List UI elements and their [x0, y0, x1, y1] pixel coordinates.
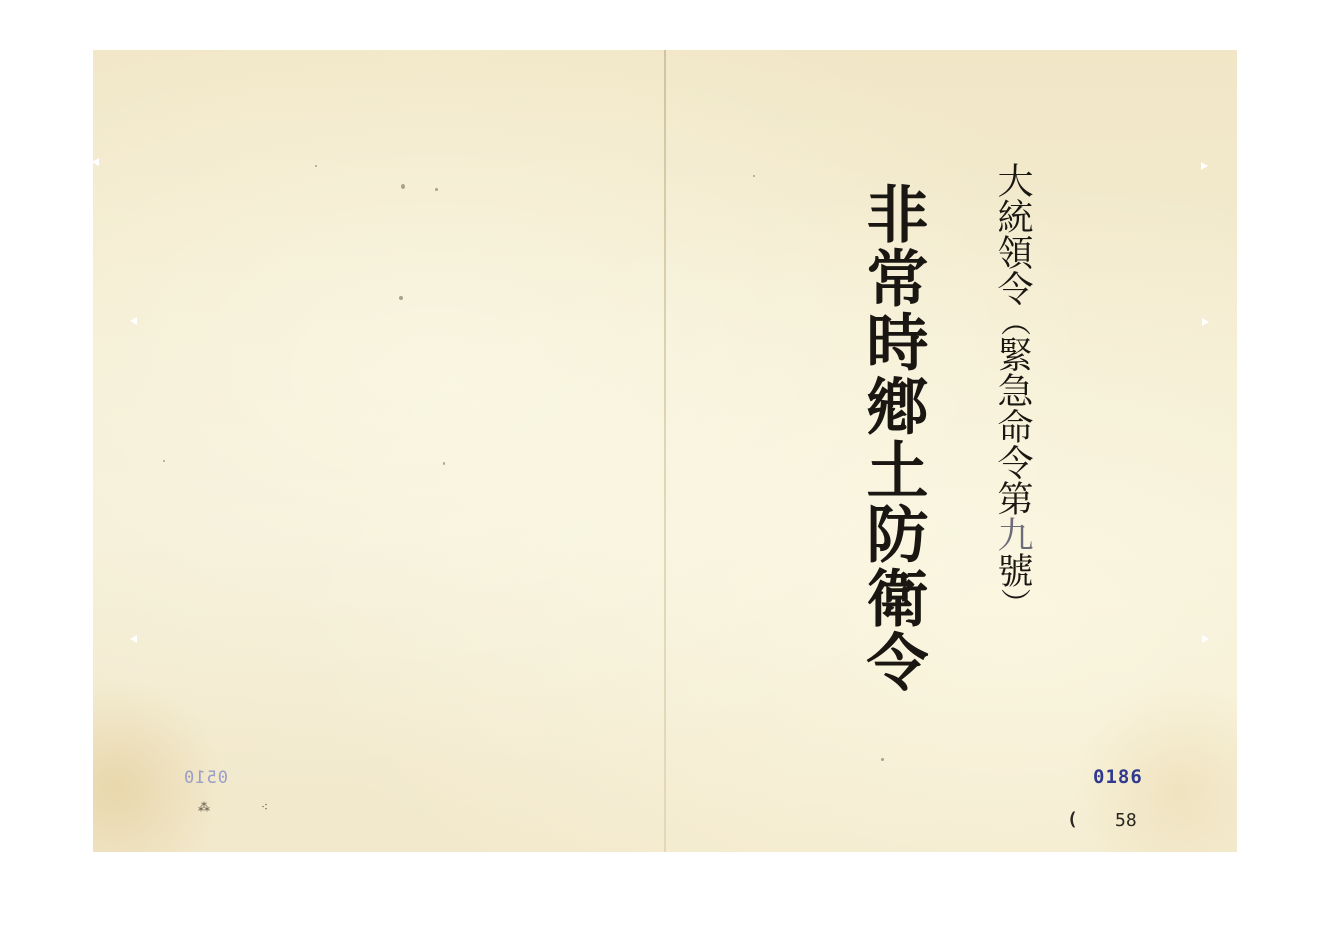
subtitle-suffix: 號 — [992, 552, 1033, 588]
paper-speck — [435, 188, 438, 191]
punch-hole — [1202, 635, 1209, 643]
ink-smudge: ⁂ — [198, 800, 210, 814]
subtitle-pencil-number: 九 — [992, 516, 1033, 552]
paper-speck — [399, 296, 403, 300]
paper-speck — [315, 165, 317, 167]
document-title: 非常時鄕土防衛令 — [861, 182, 923, 694]
paper-speck — [881, 758, 884, 761]
page-number: 58 — [1115, 810, 1137, 831]
decree-subtitle: 大統領令（緊急命令第九號） — [994, 162, 1030, 618]
punch-hole — [1201, 162, 1208, 170]
subtitle-prefix: 大統領令 — [992, 162, 1033, 306]
punch-hole — [92, 158, 99, 166]
bleed-through-stamp-number: 0510 — [183, 768, 228, 788]
document-sheet: 0510 ⁂ ⁖ 非常時鄕土防衛令 大統領令（緊急命令第九號） 0186 ( 5… — [93, 50, 1237, 852]
paper-speck — [163, 460, 165, 462]
punch-hole — [130, 635, 137, 643]
ink-smudge: ⁖ — [261, 800, 268, 814]
paper-speck — [753, 175, 755, 177]
paper-speck — [443, 462, 445, 465]
punch-hole — [1202, 318, 1209, 326]
subtitle-main: 緊急命令第 — [992, 336, 1033, 516]
subtitle-open-paren: （ — [995, 306, 1030, 336]
left-page: 0510 ⁂ ⁖ — [93, 50, 665, 852]
punch-hole — [130, 317, 137, 325]
subtitle-close-paren: ） — [995, 588, 1030, 618]
right-page — [665, 50, 1237, 852]
margin-mark: ( — [1067, 809, 1078, 830]
paper-speck — [401, 184, 405, 189]
archive-stamp-number: 0186 — [1093, 766, 1143, 788]
